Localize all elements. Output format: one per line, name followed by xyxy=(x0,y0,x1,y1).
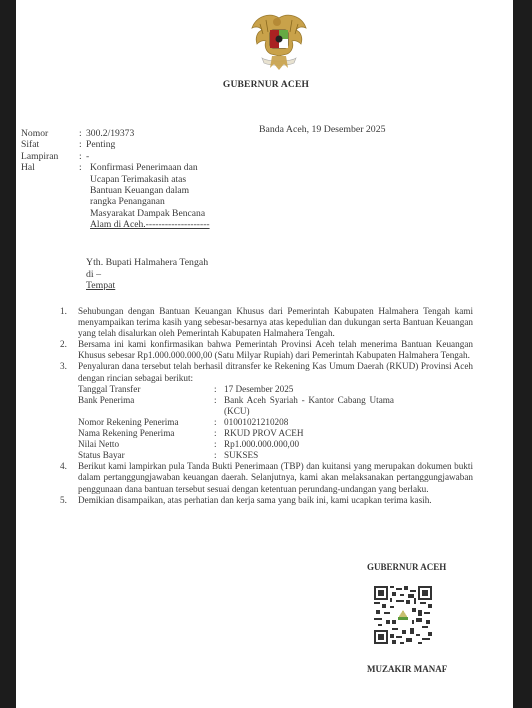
paragraph-1: 1. Sehubungan dengan Bantuan Keuangan Kh… xyxy=(60,306,473,339)
meta-hal: Hal : Konfirmasi Penerimaan dan Ucapan T… xyxy=(21,162,260,230)
detail-row: Status Bayar : SUKSES xyxy=(78,450,458,461)
place-date: Banda Aceh, 19 Desember 2025 xyxy=(259,124,386,135)
detail-row: Bank Penerima : Bank Aceh Syariah - Kant… xyxy=(78,395,458,417)
detail-row: Nilai Netto : Rp1.000.000.000,00 xyxy=(78,439,458,450)
detail-row: Nomor Rekening Penerima : 01001021210208 xyxy=(78,417,458,428)
qr-code-icon xyxy=(374,586,432,644)
letterhead-title: GUBERNUR ACEH xyxy=(0,80,532,90)
transfer-details-table: Tanggal Transfer : 17 Desember 2025 Bank… xyxy=(78,384,458,462)
meta-lampiran: Lampiran : - xyxy=(21,151,260,162)
sifat-value: Penting xyxy=(86,139,256,150)
paragraph-2: 2. Bersama ini kami konfirmasikan bahwa … xyxy=(60,339,473,361)
recipient-di: di – xyxy=(86,269,208,281)
paragraph-5: 5. Demikian disampaikan, atas perhatian … xyxy=(60,495,473,506)
recipient-place: Tempat xyxy=(86,280,208,292)
paragraph-4: 4. Berikut kami lampirkan pula Tanda Buk… xyxy=(60,461,473,494)
detail-row: Tanggal Transfer : 17 Desember 2025 xyxy=(78,384,458,395)
nomor-value: 300.2/19373 xyxy=(86,128,256,139)
hal-value: Konfirmasi Penerimaan dan Ucapan Terimak… xyxy=(86,162,260,230)
letter-meta: Nomor : 300.2/19373 Sifat : Penting Lamp… xyxy=(21,128,260,231)
meta-nomor: Nomor : 300.2/19373 xyxy=(21,128,260,139)
meta-sifat: Sifat : Penting xyxy=(21,139,260,150)
signatory-name: MUZAKIR MANAF xyxy=(367,664,447,674)
recipient-name: Yth. Bupati Halmahera Tengah xyxy=(86,257,208,269)
paragraph-3: 3. Penyaluran dana tersebut telah berhas… xyxy=(60,361,473,461)
lampiran-value: - xyxy=(86,151,256,162)
signature-title: GUBERNUR ACEH xyxy=(367,562,446,572)
detail-row: Nama Rekening Penerima : RKUD PROV ACEH xyxy=(78,428,458,439)
letter-body: 1. Sehubungan dengan Bantuan Keuangan Kh… xyxy=(60,306,473,506)
garuda-emblem-icon xyxy=(248,10,310,74)
recipient-block: Yth. Bupati Halmahera Tengah di – Tempat xyxy=(86,257,208,292)
